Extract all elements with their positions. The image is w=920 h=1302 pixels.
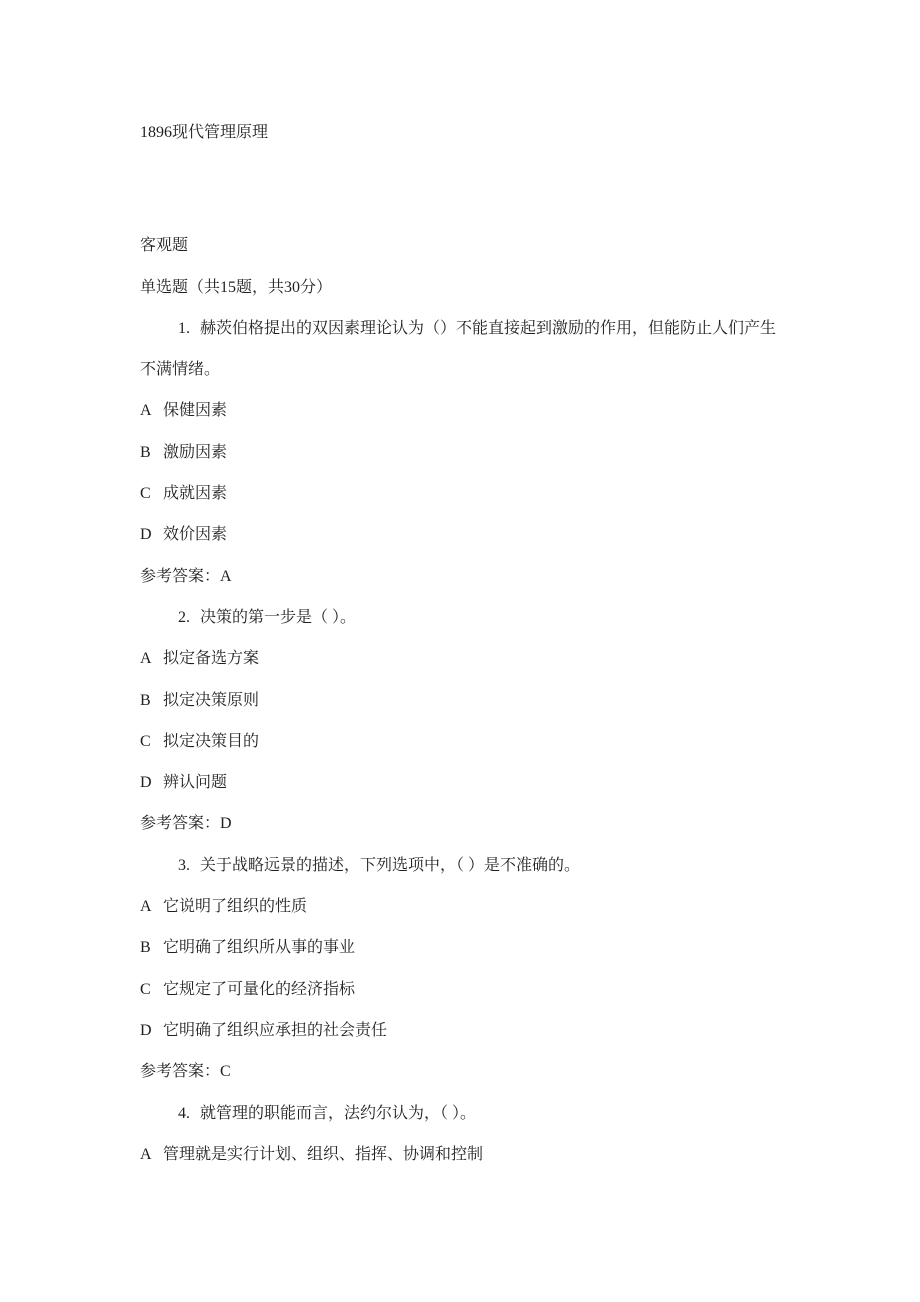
answer-value: A <box>220 568 232 585</box>
option-text: 它规定了可量化的经济指标 <box>163 981 355 998</box>
section-heading: 客观题 <box>140 225 800 266</box>
option-letter: D <box>140 514 163 555</box>
option-letter: A <box>140 638 163 679</box>
option-letter: A <box>140 390 163 431</box>
option-row: A拟定备选方案 <box>140 638 800 679</box>
option-letter: B <box>140 432 163 473</box>
document-title: 1896现代管理原理 <box>140 112 800 153</box>
option-letter: B <box>140 927 163 968</box>
option-row: D效价因素 <box>140 514 800 555</box>
answer-label: 参考答案： <box>140 1063 220 1080</box>
question-block-1: 1.赫茨伯格提出的双因素理论认为（）不能直接起到激励的作用，但能防止人们产生 不… <box>140 308 800 597</box>
question-text: 赫茨伯格提出的双因素理论认为（）不能直接起到激励的作用，但能防止人们产生 <box>200 320 776 337</box>
question-stem: 1.赫茨伯格提出的双因素理论认为（）不能直接起到激励的作用，但能防止人们产生 <box>140 308 800 349</box>
option-letter: A <box>140 886 163 927</box>
question-text-continued: 不满情绪。 <box>140 349 800 390</box>
option-text: 效价因素 <box>163 526 227 543</box>
option-text: 拟定决策目的 <box>163 733 259 750</box>
option-text: 它明确了组织所从事的事业 <box>163 939 355 956</box>
option-text: 拟定备选方案 <box>163 650 259 667</box>
option-row: B激励因素 <box>140 432 800 473</box>
question-stem: 2.决策的第一步是（ ）。 <box>140 597 800 638</box>
option-row: A保健因素 <box>140 390 800 431</box>
question-block-3: 3.关于战略远景的描述，下列选项中，（ ）是不准确的。 A它说明了组织的性质 B… <box>140 845 800 1093</box>
answer-label: 参考答案： <box>140 568 220 585</box>
question-number: 4. <box>178 1105 190 1122</box>
option-text: 它明确了组织应承担的社会责任 <box>163 1022 387 1039</box>
answer-value: D <box>220 815 232 832</box>
option-row: D辨认问题 <box>140 762 800 803</box>
option-letter: D <box>140 762 163 803</box>
question-text: 就管理的职能而言，法约尔认为，（ ）。 <box>200 1105 476 1122</box>
question-number: 3. <box>178 857 190 874</box>
option-text: 成就因素 <box>163 485 227 502</box>
option-text: 保健因素 <box>163 402 227 419</box>
option-letter: B <box>140 680 163 721</box>
answer-line: 参考答案：D <box>140 803 800 844</box>
answer-value: C <box>220 1063 231 1080</box>
option-letter: D <box>140 1010 163 1051</box>
option-row: C它规定了可量化的经济指标 <box>140 969 800 1010</box>
option-text: 拟定决策原则 <box>163 692 259 709</box>
option-text: 辨认问题 <box>163 774 227 791</box>
option-row: C成就因素 <box>140 473 800 514</box>
question-stem: 4.就管理的职能而言，法约尔认为，（ ）。 <box>140 1093 800 1134</box>
option-text: 激励因素 <box>163 444 227 461</box>
question-number: 2. <box>178 609 190 626</box>
option-letter: C <box>140 721 163 762</box>
option-row: B拟定决策原则 <box>140 680 800 721</box>
answer-label: 参考答案： <box>140 815 220 832</box>
option-row: C拟定决策目的 <box>140 721 800 762</box>
option-text: 管理就是实行计划、组织、指挥、协调和控制 <box>163 1146 483 1163</box>
option-row: B它明确了组织所从事的事业 <box>140 927 800 968</box>
answer-line: 参考答案：A <box>140 556 800 597</box>
answer-line: 参考答案：C <box>140 1051 800 1092</box>
option-letter: C <box>140 473 163 514</box>
question-number: 1. <box>178 320 190 337</box>
option-text: 它说明了组织的性质 <box>163 898 307 915</box>
question-text: 关于战略远景的描述，下列选项中，（ ）是不准确的。 <box>200 857 580 874</box>
document-page: 1896现代管理原理 客观题 单选题（共15题，共30分） 1.赫茨伯格提出的双… <box>0 0 920 1302</box>
option-letter: A <box>140 1134 163 1175</box>
option-row: A管理就是实行计划、组织、指挥、协调和控制 <box>140 1134 800 1175</box>
question-block-2: 2.决策的第一步是（ ）。 A拟定备选方案 B拟定决策原则 C拟定决策目的 D辨… <box>140 597 800 845</box>
question-stem: 3.关于战略远景的描述，下列选项中，（ ）是不准确的。 <box>140 845 800 886</box>
option-letter: C <box>140 969 163 1010</box>
option-row: D它明确了组织应承担的社会责任 <box>140 1010 800 1051</box>
question-text: 决策的第一步是（ ）。 <box>200 609 356 626</box>
option-row: A它说明了组织的性质 <box>140 886 800 927</box>
subsection-heading: 单选题（共15题，共30分） <box>140 267 800 308</box>
question-block-4: 4.就管理的职能而言，法约尔认为，（ ）。 A管理就是实行计划、组织、指挥、协调… <box>140 1093 800 1176</box>
